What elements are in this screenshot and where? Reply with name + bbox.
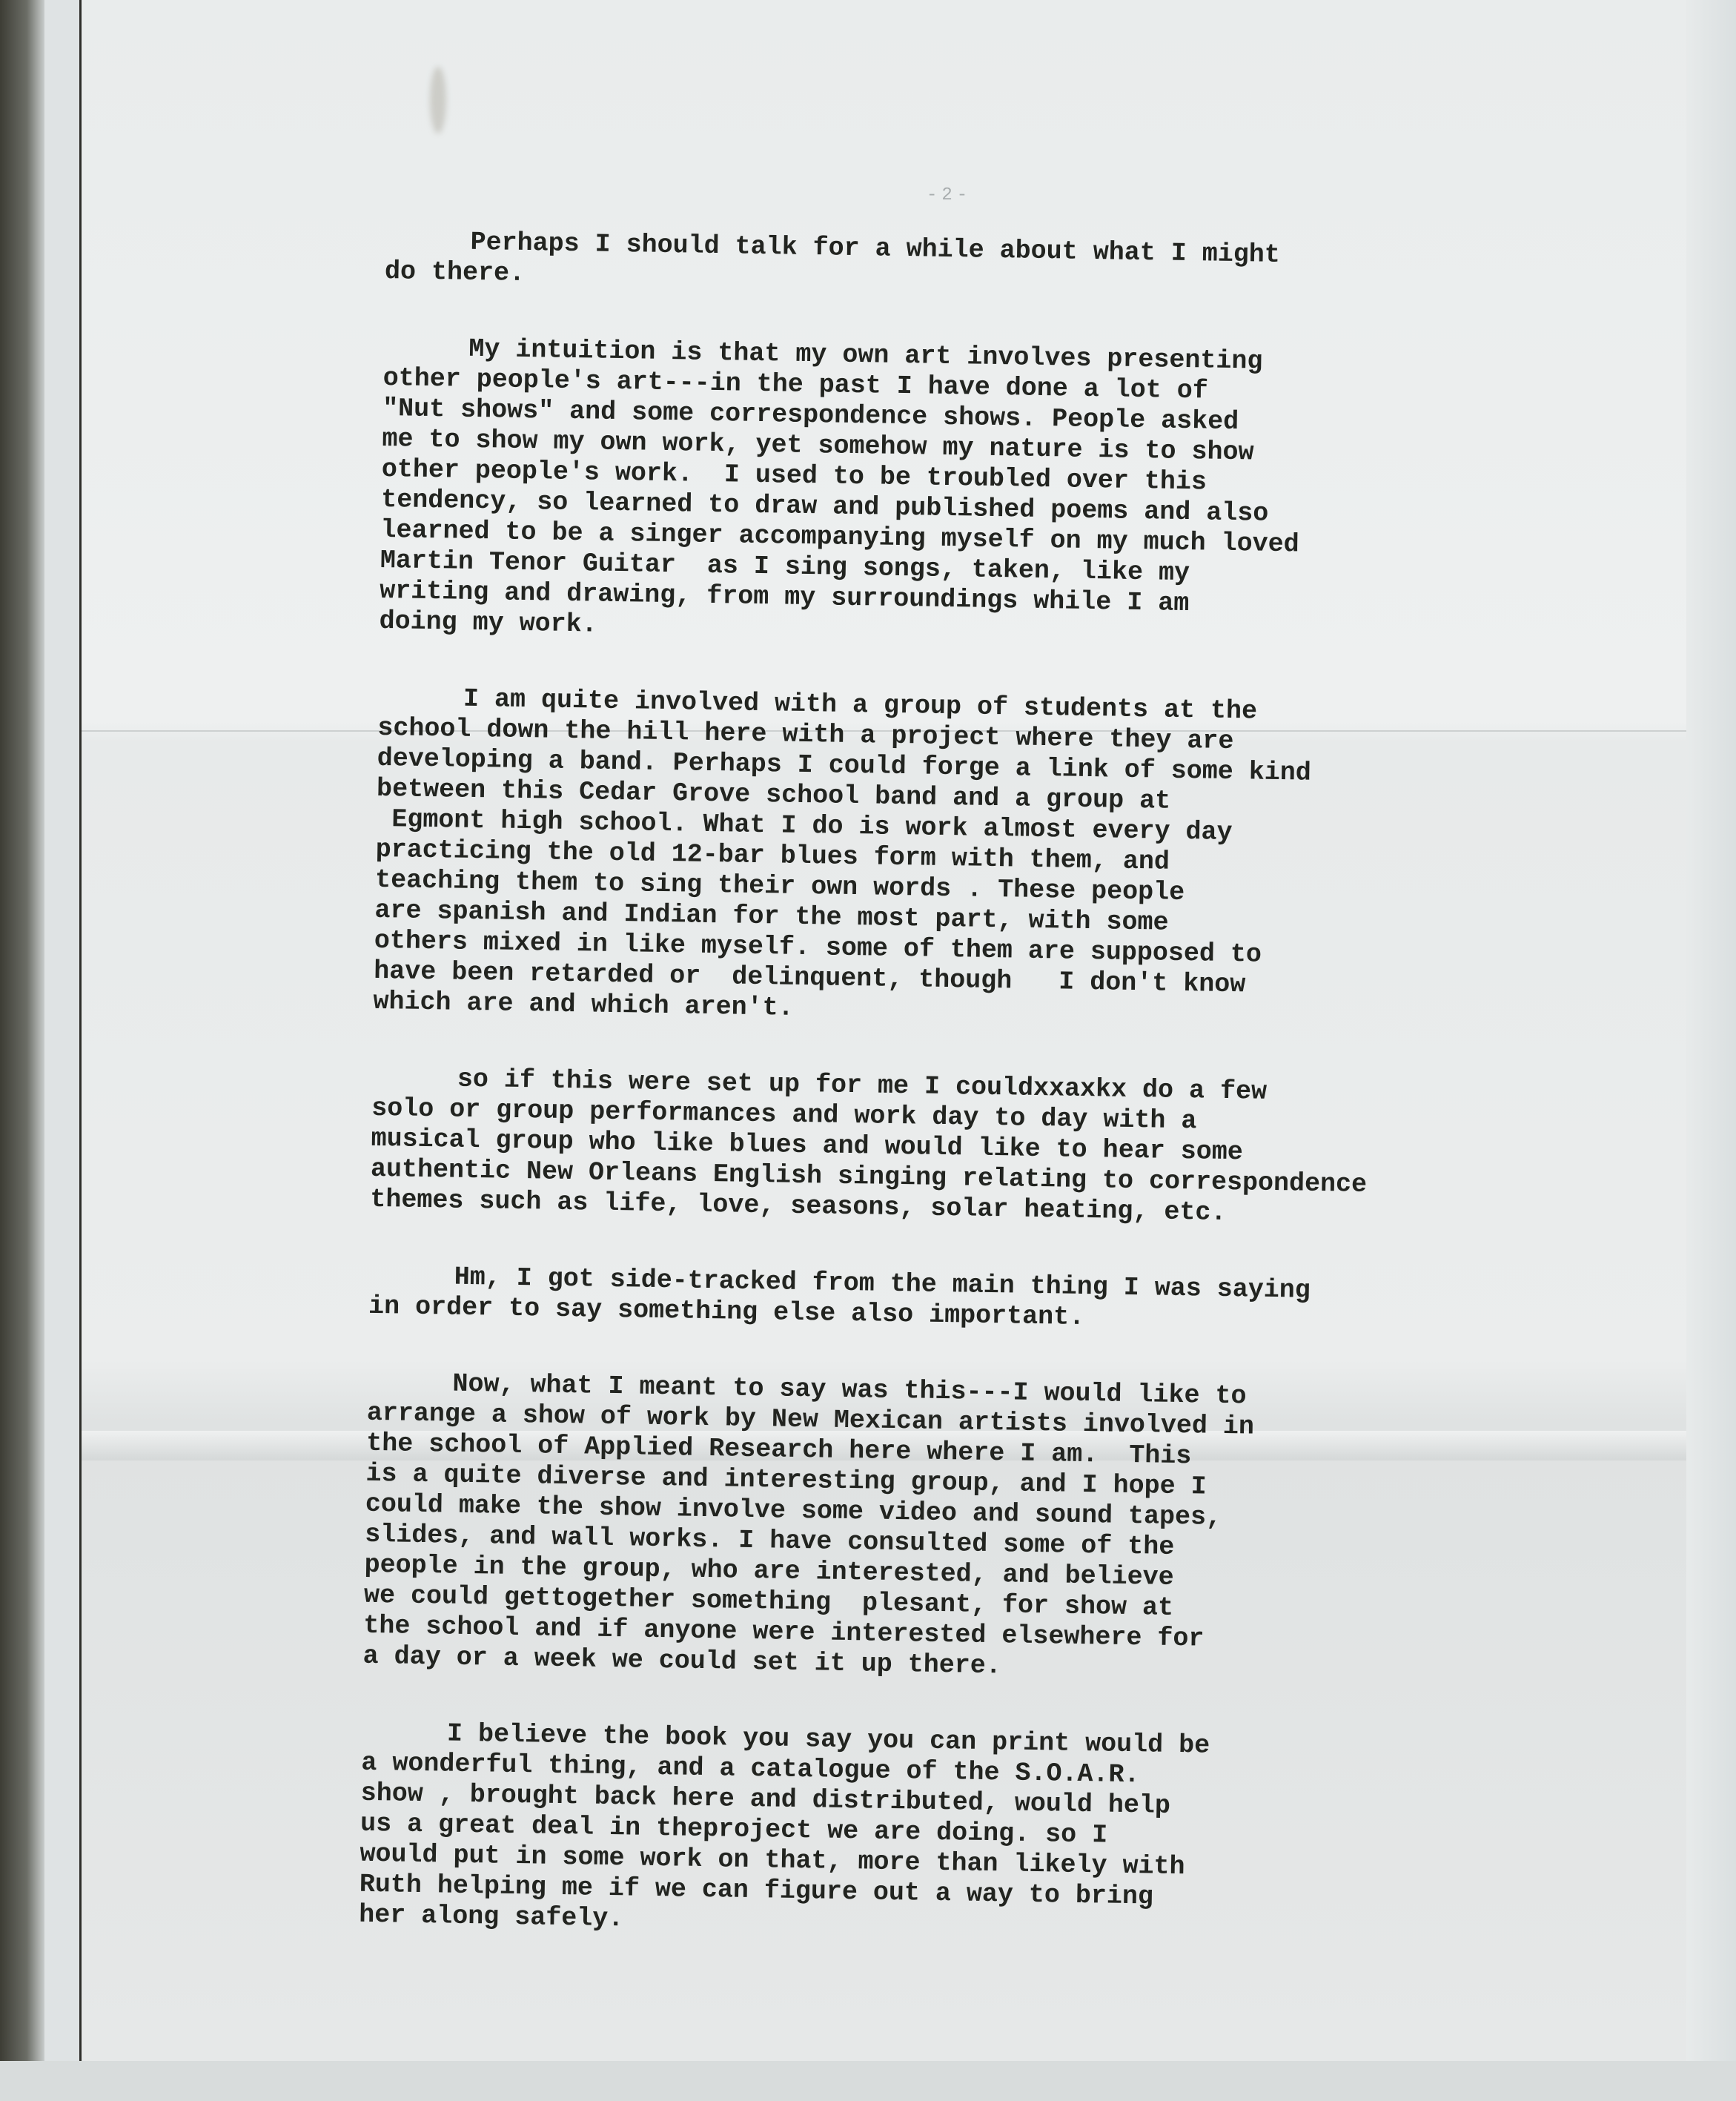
background-surface-right [1684,0,1736,2101]
page-number: -2- [927,185,972,205]
letter-paragraph: so if this were set up for me I couldxxa… [370,1063,1595,1234]
background-surface [0,0,44,2101]
paper-stain [430,67,446,133]
letter-paragraph: I am quite involved with a group of stud… [373,683,1601,1036]
letter-body: Perhaps I should talk for a while about … [358,226,1609,1996]
background-surface-bottom [0,2061,1736,2101]
letter-paragraph: Hm, I got side-tracked from the main thi… [368,1261,1592,1341]
letter-paragraph: Now, what I meant to say was this---I wo… [362,1368,1590,1691]
letter-paragraph: I believe the book you say you can print… [359,1718,1585,1950]
letter-paragraph: My intuition is that my own art involves… [379,333,1606,656]
